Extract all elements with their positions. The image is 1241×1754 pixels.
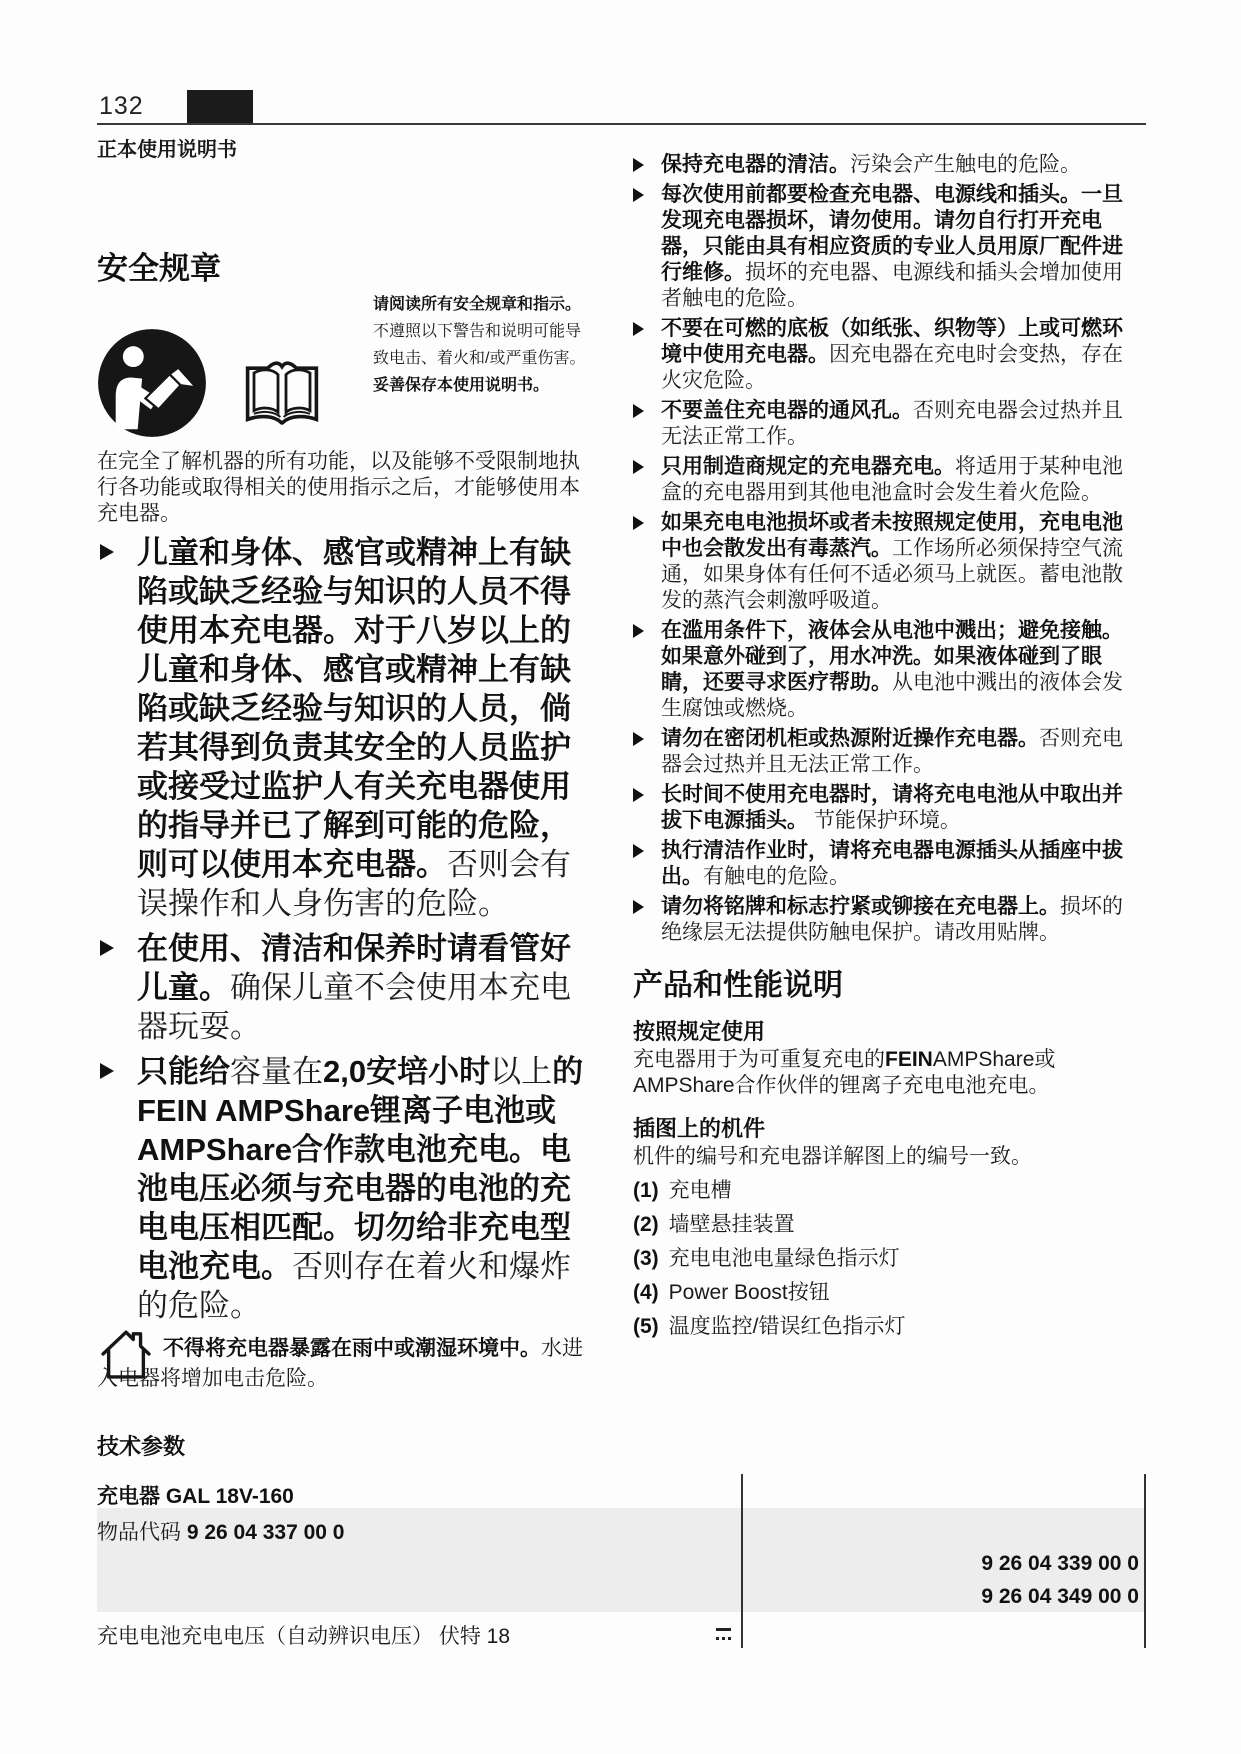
bullet-text: 请勿将铭牌和标志拧紧或铆接在充电器上。损坏的绝缘层无法提供防触电保护。请改用贴牌…: [661, 895, 1123, 944]
bullet-triangle-icon: [633, 900, 644, 914]
bold-text: 请勿将铭牌和标志拧紧或铆接在充电器上。: [661, 895, 1060, 918]
plain-text: 充电器用于为可重复充电的: [633, 1048, 885, 1071]
table-row: 9 26 04 339 00 0: [97, 1548, 1146, 1581]
safety-bullet: 只用制造商规定的充电器充电。将适用于某种电池盒的充电器用到其他电池盒时会发生着火…: [633, 454, 1143, 506]
parts-list-item: (3)充电电池电量绿色指示灯: [633, 1246, 1143, 1272]
technical-data-heading: 技术参数: [97, 1433, 1146, 1460]
safety-bullet: 长时间不使用充电器时，请将充电电池从中取出并拔下电源插头。 节能保护环境。: [633, 782, 1143, 834]
table-row: 物品代码 9 26 04 337 00 0: [97, 1508, 1146, 1548]
bold-text: 儿童和身体、感官或精神上有缺陷或缺乏经验与知识的人员不得使用本充电器。对于八岁以…: [137, 535, 571, 882]
part-number: (1): [633, 1179, 659, 1202]
bullet-text: 如果充电电池损坏或者未按照规定使用，充电电池中也会散发出有毒蒸汽。工作场所必须保…: [661, 511, 1123, 612]
safety-bullets-minor: 保持充电器的清洁。污染会产生触电的危险。每次使用前都要检查充电器、电源线和插头。…: [633, 152, 1143, 946]
safety-bullet: 保持充电器的清洁。污染会产生触电的危险。: [633, 152, 1143, 178]
empty-cell: [743, 1612, 1146, 1648]
bullet-triangle-icon: [633, 844, 644, 858]
bullet-triangle-icon: [633, 732, 644, 746]
table-row: 9 26 04 349 00 0: [97, 1581, 1146, 1612]
bullet-triangle-icon: [100, 544, 114, 560]
product-heading: 产品和性能说明: [633, 966, 1143, 1006]
bullet-text: 只用制造商规定的充电器充电。将适用于某种电池盒的充电器用到其他电池盒时会发生着火…: [661, 455, 1123, 504]
bullet-text: 请勿在密闭机柜或热源附近操作充电器。否则充电器会过热并且无法正常工作。: [661, 727, 1123, 776]
plain-text: 污染会产生触电的危险。: [850, 153, 1081, 176]
bold-text: 只能给: [137, 1054, 230, 1089]
open-book-icon: [241, 353, 323, 433]
empty-cell: [97, 1548, 743, 1581]
safety-bullets-major: 儿童和身体、感官或精神上有缺陷或缺乏经验与知识的人员不得使用本充电器。对于八岁以…: [97, 533, 594, 1325]
table-row: 充电电池充电电压（自动辨识电压） 伏特 18: [97, 1612, 1146, 1648]
part-label: Power Boost按钮: [669, 1281, 830, 1304]
part-label: 充电槽: [669, 1179, 732, 1202]
charger-model-cell: 充电器 GAL 18V-160: [97, 1474, 743, 1508]
bold-text: 不得将充电器暴露在雨中或潮湿环境中。: [163, 1337, 541, 1360]
bullet-triangle-icon: [100, 1063, 114, 1079]
header-rule: [97, 123, 1146, 125]
part-number: (2): [633, 1213, 659, 1236]
charge-voltage-cell: 充电电池充电电压（自动辨识电压） 伏特 18: [97, 1612, 743, 1648]
parts-list: (1)充电槽(2)墙壁悬挂装置(3)充电电池电量绿色指示灯(4)Power Bo…: [633, 1178, 1143, 1340]
bullet-text: 在滥用条件下，液体会从电池中溅出；避免接触。如果意外碰到了，用水冲洗。如果液体碰…: [661, 619, 1123, 720]
bold-text: 只用制造商规定的充电器充电。: [661, 455, 955, 478]
left-column: 正本使用说明书 安全规章: [97, 137, 594, 1394]
bullet-text: 执行清洁作业时，请将充电器电源插头从插座中拔出。有触电的危险。: [661, 839, 1123, 888]
safety-bullet: 只能给容量在2,0安培小时以上的FEIN AMPShare锂离子电池或AMPSh…: [97, 1052, 594, 1325]
bullet-triangle-icon: [633, 788, 644, 802]
bullet-triangle-icon: [633, 158, 644, 172]
order-code-cell: 物品代码 9 26 04 337 00 0: [97, 1508, 743, 1548]
bullet-text: 保持充电器的清洁。污染会产生触电的危险。: [661, 153, 1081, 176]
safety-icons: [97, 291, 373, 439]
bullet-triangle-icon: [633, 624, 644, 638]
intro-paragraph: 在完全了解机器的所有功能，以及能够不受限制地执行各功能或取得相关的使用指示之后，…: [97, 449, 594, 527]
doc-type-title: 正本使用说明书: [97, 137, 594, 163]
empty-cell: [743, 1474, 1146, 1508]
plain-text: 以上: [490, 1054, 552, 1089]
parts-list-item: (5)温度监控/错误红色指示灯: [633, 1314, 1143, 1340]
right-column: 保持充电器的清洁。污染会产生触电的危险。每次使用前都要检查充电器、电源线和插头。…: [633, 152, 1143, 1340]
safety-bullet: 请勿将铭牌和标志拧紧或铆接在充电器上。损坏的绝缘层无法提供防触电保护。请改用贴牌…: [633, 894, 1143, 946]
plain-text: 节能保护环境。: [808, 809, 961, 832]
bullet-triangle-icon: [633, 322, 644, 336]
page-number: 132: [99, 92, 144, 121]
part-label: 温度监控/错误红色指示灯: [669, 1315, 906, 1338]
part-number: (3): [633, 1247, 659, 1270]
part-label: 充电电池电量绿色指示灯: [669, 1247, 900, 1270]
bullet-text: 长时间不使用充电器时，请将充电电池从中取出并拔下电源插头。 节能保护环境。: [661, 783, 1123, 832]
parts-list-item: (1)充电槽: [633, 1178, 1143, 1204]
order-code-value: 9 26 04 349 00 0: [743, 1581, 1146, 1612]
safety-bullet: 请勿在密闭机柜或热源附近操作充电器。否则充电器会过热并且无法正常工作。: [633, 726, 1143, 778]
safety-bullet: 在滥用条件下，液体会从电池中溅出；避免接触。如果意外碰到了，用水冲洗。如果液体碰…: [633, 618, 1143, 722]
order-code-value: 9 26 04 339 00 0: [743, 1548, 1146, 1581]
bold-text: 不要盖住充电器的通风孔。: [661, 399, 913, 422]
parts-heading: 插图上的机件: [633, 1115, 1143, 1142]
part-number: (5): [633, 1315, 659, 1338]
part-number: (4): [633, 1281, 659, 1304]
safety-bullet: 不要盖住充电器的通风孔。否则充电器会过热并且无法正常工作。: [633, 398, 1143, 450]
safety-bullet: 执行清洁作业时，请将充电器电源插头从插座中拔出。有触电的危险。: [633, 838, 1143, 890]
technical-data-section: 技术参数 充电器 GAL 18V-160 物品代码 9 26 04 337 00…: [97, 1433, 1146, 1648]
table-row: 充电器 GAL 18V-160: [97, 1474, 1146, 1508]
bullet-text: 只能给容量在2,0安培小时以上的FEIN AMPShare锂离子电池或AMPSh…: [137, 1054, 583, 1323]
house-icon-wrap: [97, 1334, 163, 1364]
plain-text: 不遵照以下警告和说明可能导致电击、着火和/或严重伤害。: [373, 323, 585, 367]
parts-list-item: (2)墙壁悬挂装置: [633, 1212, 1143, 1238]
empty-cell: [743, 1508, 1146, 1548]
intended-use-body: 充电器用于为可重复充电的FEINAMPShare或AMPShare合作伙伴的锂离…: [633, 1047, 1143, 1099]
bold-text: 请阅读所有安全规章和指示。: [373, 296, 581, 313]
bold-text: 2,0安培小时: [323, 1054, 490, 1089]
plain-text: 容量在: [230, 1054, 323, 1089]
order-code-label: 物品代码: [97, 1521, 187, 1544]
read-notice-block: 请阅读所有安全规章和指示。 不遵照以下警告和说明可能导致电击、着火和/或严重伤害…: [97, 291, 594, 439]
bullet-text: 儿童和身体、感官或精神上有缺陷或缺乏经验与知识的人员不得使用本充电器。对于八岁以…: [137, 535, 571, 921]
brand-logo-box: [187, 90, 253, 125]
bullet-text: 每次使用前都要检查充电器、电源线和插头。一旦发现充电器损坏，请勿使用。请勿自行打…: [661, 183, 1123, 310]
rain-warning-text: 不得将充电器暴露在雨中或潮湿环境中。水进入电器将增加电击危险。: [97, 1334, 594, 1394]
charge-voltage-label: 充电电池充电电压（自动辨识电压） 伏特 18: [97, 1625, 510, 1648]
order-code-value: 9 26 04 337 00 0: [187, 1521, 345, 1544]
intended-use-heading: 按照规定使用: [633, 1018, 1143, 1045]
safety-bullet: 不要在可燃的底板（如纸张、织物等）上或可燃环境中使用充电器。因充电器在充电时会变…: [633, 316, 1143, 394]
safety-bullet: 如果充电电池损坏或者未按照规定使用，充电电池中也会散发出有毒蒸汽。工作场所必须保…: [633, 510, 1143, 614]
empty-cell: [97, 1581, 743, 1612]
bold-text: 保持充电器的清洁。: [661, 153, 850, 176]
bullet-triangle-icon: [633, 188, 644, 202]
part-label: 墙壁悬挂装置: [669, 1213, 795, 1236]
parts-intro: 机件的编号和充电器详解图上的编号一致。: [633, 1144, 1143, 1170]
safety-bullet: 在使用、清洁和保养时请看管好儿童。确保儿童不会使用本充电器玩耍。: [97, 929, 594, 1046]
bullet-text: 在使用、清洁和保养时请看管好儿童。确保儿童不会使用本充电器玩耍。: [137, 931, 571, 1044]
parts-list-item: (4)Power Boost按钮: [633, 1280, 1143, 1306]
rain-warning-block: 不得将充电器暴露在雨中或潮湿环境中。水进入电器将增加电击危险。: [97, 1334, 594, 1394]
bold-text: FEIN: [885, 1048, 933, 1071]
bold-text: 妥善保存本使用说明书。: [373, 377, 549, 394]
bullet-triangle-icon: [633, 516, 644, 530]
plain-text: 有触电的危险。: [703, 865, 850, 888]
safety-bullet: 儿童和身体、感官或精神上有缺陷或缺乏经验与知识的人员不得使用本充电器。对于八岁以…: [97, 533, 594, 923]
technical-data-table: 充电器 GAL 18V-160 物品代码 9 26 04 337 00 0 9 …: [97, 1474, 1146, 1648]
dc-voltage-icon: [716, 1628, 731, 1640]
bullet-text: 不要盖住充电器的通风孔。否则充电器会过热并且无法正常工作。: [661, 399, 1123, 448]
bullet-text: 不要在可燃的底板（如纸张、织物等）上或可燃环境中使用充电器。因充电器在充电时会变…: [661, 317, 1123, 392]
bullet-triangle-icon: [633, 460, 644, 474]
bullet-triangle-icon: [633, 404, 644, 418]
read-manual-icon: [97, 327, 207, 439]
bold-text: 请勿在密闭机柜或热源附近操作充电器。: [661, 727, 1039, 750]
safety-heading: 安全规章: [97, 250, 594, 288]
safety-bullet: 每次使用前都要检查充电器、电源线和插头。一旦发现充电器损坏，请勿使用。请勿自行打…: [633, 182, 1143, 312]
bullet-triangle-icon: [100, 940, 114, 956]
